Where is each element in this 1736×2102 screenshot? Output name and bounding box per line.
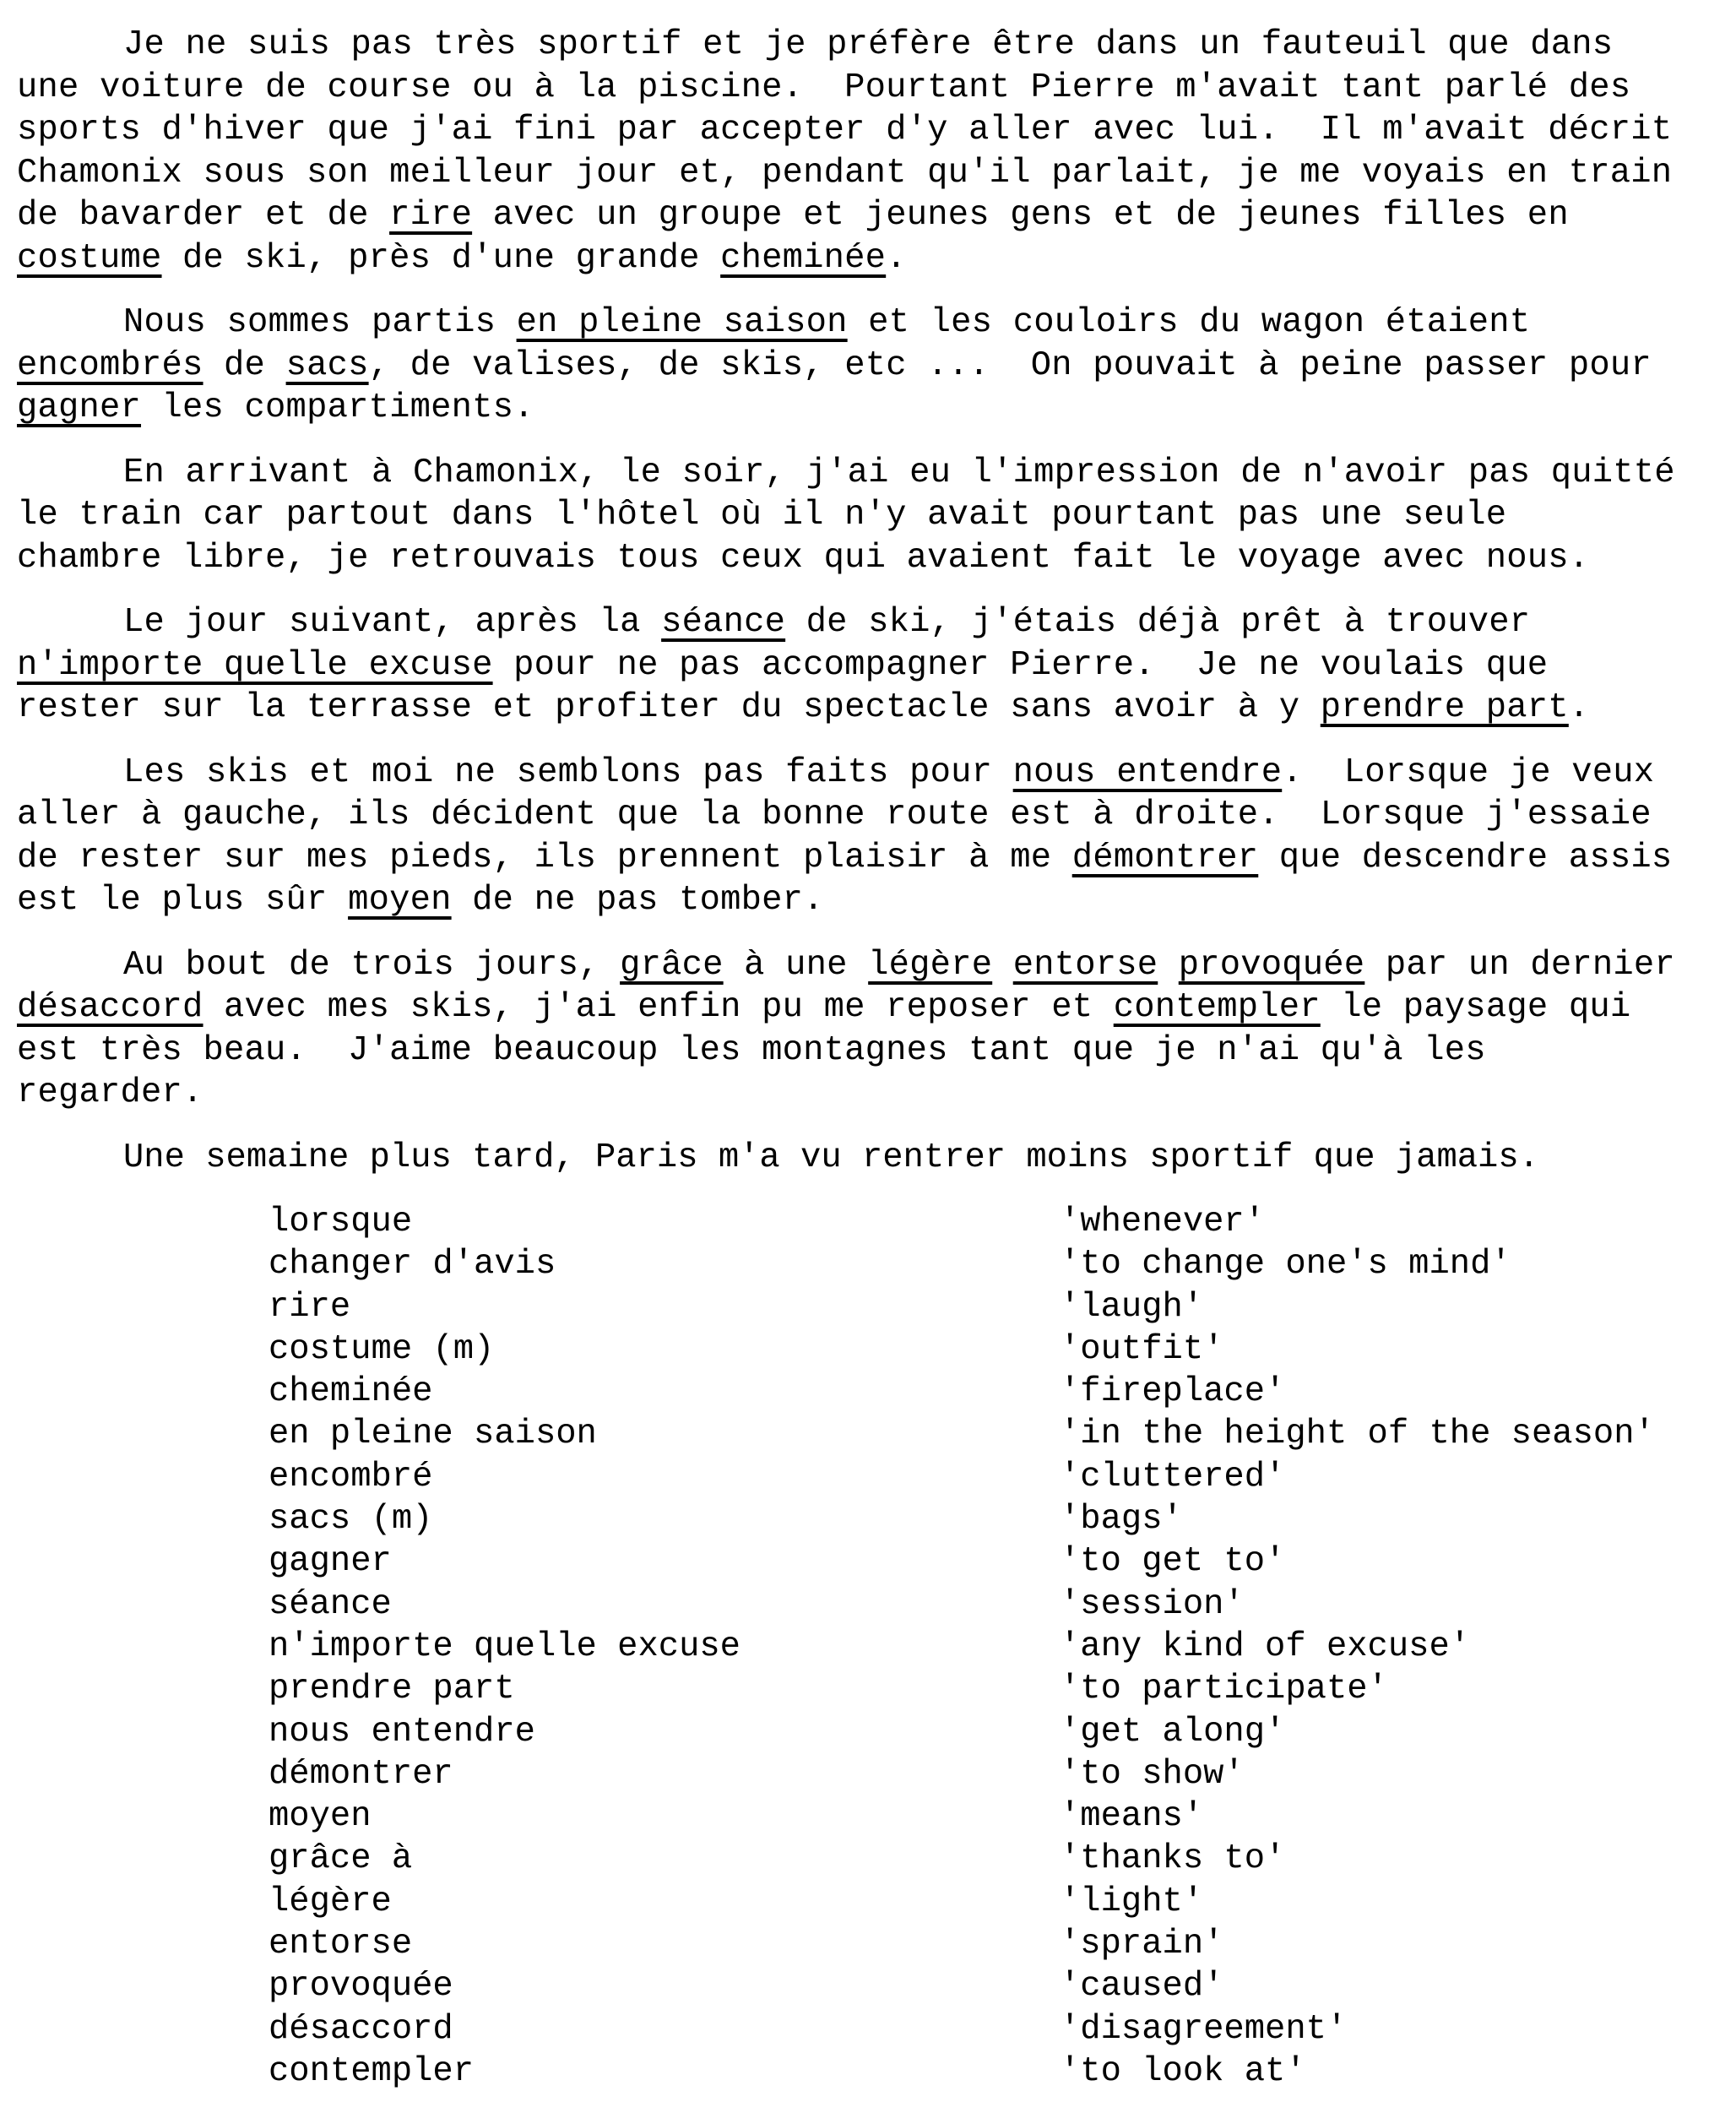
paragraph: Le jour suivant, après la séance de ski,… — [17, 601, 1722, 730]
glossary-english-translation: 'whenever' — [1060, 1201, 1265, 1243]
glossary-english-translation: 'to change one's mind' — [1060, 1243, 1511, 1285]
glossary-english-translation: 'sprain' — [1060, 1923, 1223, 1965]
glossary-french-term: gagner — [269, 1540, 1060, 1583]
underlined-vocabulary-term: séance — [661, 603, 785, 642]
glossary-french-term: costume (m) — [269, 1328, 1060, 1371]
glossary-english-translation: 'laugh' — [1060, 1286, 1203, 1328]
text-segment: de ski, j'étais déjà prêt à trouver — [785, 603, 1530, 642]
glossary-english-translation: 'fireplace' — [1060, 1371, 1285, 1413]
text-line: aller à gauche, ils décident que la bonn… — [17, 794, 1722, 837]
text-segment: Je ne suis pas très sportif et je préfèr… — [123, 25, 1613, 64]
glossary-english-translation: 'cluttered' — [1060, 1456, 1285, 1498]
glossary-french-term: grâce à — [269, 1838, 1060, 1880]
glossary-french-term: sacs (m) — [269, 1498, 1060, 1540]
text-segment: à une — [724, 946, 869, 985]
text-line: encombrés de sacs, de valises, de skis, … — [17, 345, 1722, 388]
glossary-row: rire'laugh' — [269, 1286, 1721, 1328]
glossary-english-translation: 'outfit' — [1060, 1328, 1223, 1371]
paragraph: Je ne suis pas très sportif et je préfèr… — [17, 24, 1722, 280]
text-line: est très beau. J'aime beaucoup les monta… — [17, 1029, 1722, 1073]
text-segment: , de valises, de skis, etc ... On pouvai… — [369, 346, 1652, 385]
text-segment: par un dernier — [1364, 946, 1675, 985]
glossary-french-term: nous entendre — [269, 1711, 1060, 1753]
glossary-french-term: moyen — [269, 1795, 1060, 1838]
underlined-vocabulary-term: prendre part — [1321, 688, 1569, 727]
glossary-english-translation: 'caused' — [1060, 1965, 1223, 2007]
text-line: regarder. — [17, 1072, 1722, 1115]
glossary-row: sacs (m)'bags' — [269, 1498, 1721, 1540]
text-segment: est le plus sûr — [17, 881, 348, 920]
glossary-english-translation: 'to participate' — [1060, 1668, 1388, 1710]
underlined-vocabulary-term: contempler — [1114, 988, 1321, 1027]
text-line: Les skis et moi ne semblons pas faits po… — [17, 752, 1722, 795]
paragraph: En arrivant à Chamonix, le soir, j'ai eu… — [17, 452, 1722, 580]
story-text: Je ne suis pas très sportif et je préfèr… — [17, 24, 1722, 1115]
glossary-row: en pleine saison'in the height of the se… — [269, 1413, 1721, 1455]
text-line: de rester sur mes pieds, ils prennent pl… — [17, 837, 1722, 880]
glossary-english-translation: 'to get to' — [1060, 1540, 1285, 1583]
text-segment: . — [886, 239, 907, 278]
text-segment: aller à gauche, ils décident que la bonn… — [17, 796, 1652, 834]
glossary-row: séance'session' — [269, 1583, 1721, 1626]
glossary-english-translation: 'session' — [1060, 1583, 1245, 1626]
glossary-french-term: légère — [269, 1881, 1060, 1923]
text-line: sports d'hiver que j'ai fini par accepte… — [17, 109, 1722, 152]
glossary-row: contempler'to look at' — [269, 2050, 1721, 2093]
text-line: Nous sommes partis en pleine saison et l… — [17, 301, 1722, 345]
text-line: En arrivant à Chamonix, le soir, j'ai eu… — [17, 452, 1722, 495]
closing-line: Une semaine plus tard, Paris m'a vu rent… — [17, 1137, 1722, 1180]
glossary-row: n'importe quelle excuse'any kind of excu… — [269, 1626, 1721, 1668]
underlined-vocabulary-term: gagner — [17, 388, 141, 427]
glossary-row: démontrer'to show' — [269, 1753, 1721, 1795]
text-segment: Les skis et moi ne semblons pas faits po… — [123, 753, 1013, 792]
text-segment: de bavarder et de — [17, 196, 389, 235]
text-line: désaccord avec mes skis, j'ai enfin pu m… — [17, 986, 1722, 1029]
glossary-french-term: prendre part — [269, 1668, 1060, 1710]
glossary-row: grâce à'thanks to' — [269, 1838, 1721, 1880]
text-segment: de ne pas tomber. — [452, 881, 824, 920]
text-line: est le plus sûr moyen de ne pas tomber. — [17, 879, 1722, 922]
text-segment: Chamonix sous son meilleur jour et, pend… — [17, 154, 1672, 193]
glossary-french-term: n'importe quelle excuse — [269, 1626, 1060, 1668]
text-segment: rester sur la terrasse et profiter du sp… — [17, 688, 1321, 727]
text-segment: une voiture de course ou à la piscine. P… — [17, 68, 1630, 107]
underlined-vocabulary-term: cheminée — [720, 239, 886, 278]
text-segment: de ski, près d'une grande — [162, 239, 721, 278]
glossary-french-term: désaccord — [269, 2008, 1060, 2050]
underlined-vocabulary-term: entorse — [1013, 946, 1158, 985]
glossary-row: costume (m)'outfit' — [269, 1328, 1721, 1371]
glossary-french-term: lorsque — [269, 1201, 1060, 1243]
glossary-french-term: contempler — [269, 2050, 1060, 2093]
text-segment: Le jour suivant, après la — [123, 603, 661, 642]
text-segment: les compartiments. — [141, 388, 534, 427]
glossary-french-term: en pleine saison — [269, 1413, 1060, 1455]
text-segment: que descendre assis — [1258, 839, 1672, 877]
glossary-english-translation: 'light' — [1060, 1881, 1203, 1923]
text-segment: avec un groupe et jeunes gens et de jeun… — [472, 196, 1569, 235]
glossary-row: gagner'to get to' — [269, 1540, 1721, 1583]
text-segment: de — [203, 346, 286, 385]
underlined-vocabulary-term: sacs — [286, 346, 369, 385]
glossary-row: cheminée'fireplace' — [269, 1371, 1721, 1413]
glossary-english-translation: 'in the height of the season' — [1060, 1413, 1655, 1455]
underlined-vocabulary-term: légère — [868, 946, 992, 985]
glossary-french-term: séance — [269, 1583, 1060, 1626]
glossary-row: encombré'cluttered' — [269, 1456, 1721, 1498]
glossary-french-term: entorse — [269, 1923, 1060, 1965]
paragraph: Nous sommes partis en pleine saison et l… — [17, 301, 1722, 430]
underlined-vocabulary-term: grâce — [620, 946, 724, 985]
glossary-english-translation: 'thanks to' — [1060, 1838, 1285, 1880]
glossary-row: légère'light' — [269, 1881, 1721, 1923]
glossary-english-translation: 'to show' — [1060, 1753, 1245, 1795]
glossary-english-translation: 'disagreement' — [1060, 2008, 1347, 2050]
glossary-row: prendre part'to participate' — [269, 1668, 1721, 1710]
text-segment — [992, 946, 1013, 985]
text-segment: En arrivant à Chamonix, le soir, j'ai eu… — [123, 454, 1675, 492]
text-line: rester sur la terrasse et profiter du sp… — [17, 687, 1722, 730]
underlined-vocabulary-term: costume — [17, 239, 162, 278]
glossary-row: entorse'sprain' — [269, 1923, 1721, 1965]
glossary-english-translation: 'get along' — [1060, 1711, 1285, 1753]
glossary-french-term: rire — [269, 1286, 1060, 1328]
paragraph: Les skis et moi ne semblons pas faits po… — [17, 752, 1722, 922]
glossary-english-translation: 'means' — [1060, 1795, 1203, 1838]
glossary-french-term: démontrer — [269, 1753, 1060, 1795]
text-line: Au bout de trois jours, grâce à une légè… — [17, 944, 1722, 987]
text-line: gagner les compartiments. — [17, 387, 1722, 430]
text-segment: et les couloirs du wagon étaient — [848, 303, 1531, 342]
underlined-vocabulary-term: rire — [389, 196, 472, 235]
glossary-row: changer d'avis'to change one's mind' — [269, 1243, 1721, 1285]
paragraph: Au bout de trois jours, grâce à une légè… — [17, 944, 1722, 1115]
text-segment: le train car partout dans l'hôtel où il … — [17, 496, 1506, 535]
text-segment: pour ne pas accompagner Pierre. Je ne vo… — [493, 646, 1549, 685]
text-segment: chambre libre, je retrouvais tous ceux q… — [17, 539, 1589, 578]
document-page: Je ne suis pas très sportif et je préfèr… — [17, 24, 1722, 1194]
text-segment: . — [1569, 688, 1590, 727]
underlined-vocabulary-term: désaccord — [17, 988, 203, 1027]
underlined-vocabulary-term: démontrer — [1072, 839, 1259, 877]
text-segment: avec mes skis, j'ai enfin pu me reposer … — [203, 988, 1114, 1027]
underlined-vocabulary-term: moyen — [348, 881, 452, 920]
glossary-french-term: provoquée — [269, 1965, 1060, 2007]
underlined-vocabulary-term: encombrés — [17, 346, 203, 385]
glossary-french-term: changer d'avis — [269, 1243, 1060, 1285]
text-line: n'importe quelle excuse pour ne pas acco… — [17, 644, 1722, 687]
glossary-english-translation: 'any kind of excuse' — [1060, 1626, 1470, 1668]
text-segment: Au bout de trois jours, — [123, 946, 620, 985]
text-line: une voiture de course ou à la piscine. P… — [17, 67, 1722, 110]
underlined-vocabulary-term: en pleine saison — [517, 303, 848, 342]
glossary-row: lorsque'whenever' — [269, 1201, 1721, 1243]
text-segment — [1158, 946, 1179, 985]
text-segment: . Lorsque je veux — [1282, 753, 1654, 792]
text-segment: le paysage qui — [1321, 988, 1631, 1027]
underlined-vocabulary-term: n'importe quelle excuse — [17, 646, 493, 685]
underlined-vocabulary-term: provoquée — [1179, 946, 1365, 985]
glossary-row: désaccord'disagreement' — [269, 2008, 1721, 2050]
text-line: Chamonix sous son meilleur jour et, pend… — [17, 152, 1722, 195]
glossary-english-translation: 'bags' — [1060, 1498, 1183, 1540]
text-segment: Nous sommes partis — [123, 303, 517, 342]
underlined-vocabulary-term: nous entendre — [1013, 753, 1283, 792]
text-segment: est très beau. J'aime beaucoup les monta… — [17, 1031, 1486, 1070]
text-segment: regarder. — [17, 1073, 203, 1112]
glossary-french-term: cheminée — [269, 1371, 1060, 1413]
glossary-row: provoquée'caused' — [269, 1965, 1721, 2007]
glossary-english-translation: 'to look at' — [1060, 2050, 1306, 2093]
text-line: costume de ski, près d'une grande chemin… — [17, 237, 1722, 280]
text-line: Je ne suis pas très sportif et je préfèr… — [17, 24, 1722, 67]
text-segment: de rester sur mes pieds, ils prennent pl… — [17, 839, 1072, 877]
text-line: le train car partout dans l'hôtel où il … — [17, 494, 1722, 537]
text-line: Le jour suivant, après la séance de ski,… — [17, 601, 1722, 644]
text-line: chambre libre, je retrouvais tous ceux q… — [17, 537, 1722, 580]
glossary-row: moyen'means' — [269, 1795, 1721, 1838]
text-line: de bavarder et de rire avec un groupe et… — [17, 194, 1722, 237]
text-segment: sports d'hiver que j'ai fini par accepte… — [17, 111, 1672, 149]
glossary-row: nous entendre'get along' — [269, 1711, 1721, 1753]
vocabulary-glossary: lorsque'whenever'changer d'avis'to chang… — [269, 1201, 1721, 2093]
glossary-french-term: encombré — [269, 1456, 1060, 1498]
